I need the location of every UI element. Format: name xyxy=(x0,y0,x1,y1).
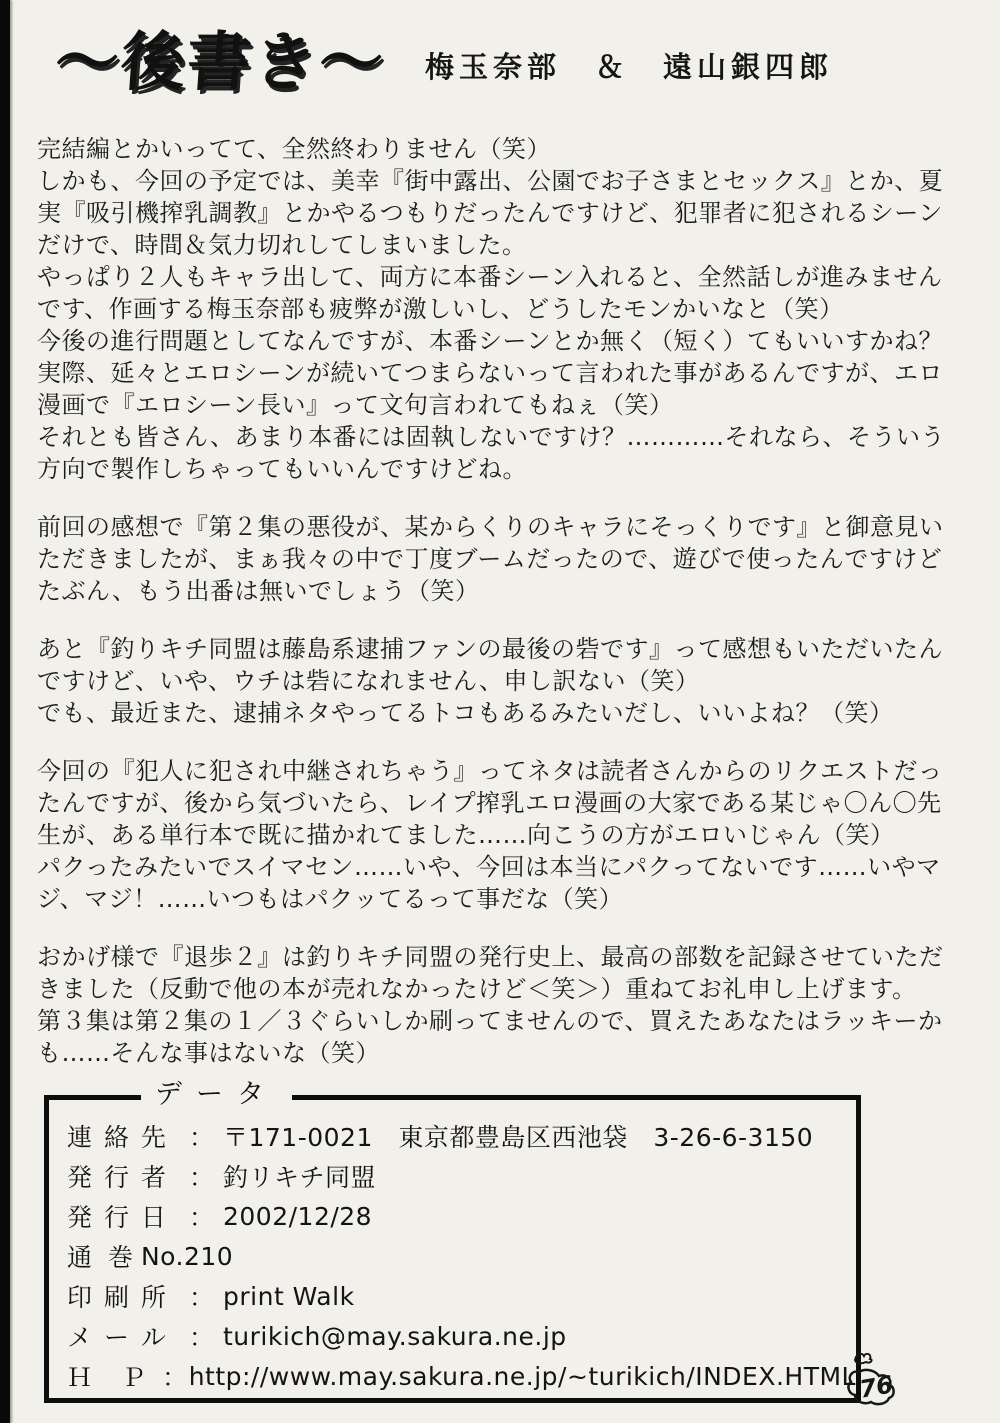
data-row-value: 釣リキチ同盟 xyxy=(223,1158,376,1194)
data-row-volume-number: 通 巻No.210 xyxy=(67,1236,856,1276)
data-row-label: 通 巻 xyxy=(67,1238,137,1274)
data-row-separator: ： xyxy=(189,1278,223,1314)
data-row-label: 印 刷 所 xyxy=(67,1278,189,1314)
afterword-text: 完結編とかいってて、全然終わりません（笑） しかも、今回の予定では、美幸『街中露… xyxy=(37,133,987,1095)
afterword-paragraph: 前回の感想で『第２集の悪役が、某からくりのキャラにそっくりです』と御意見い ただ… xyxy=(37,511,987,607)
data-row-separator: ： xyxy=(189,1158,223,1194)
data-row-separator: ： xyxy=(189,1118,223,1154)
data-row-email: メ ー ル：turikich@may.sakura.ne.jp xyxy=(67,1316,856,1356)
scanned-afterword-page: 〜後書き〜 梅玉奈部 ＆ 遠山銀四郎 完結編とかいってて、全然終わりません（笑）… xyxy=(0,0,1000,1423)
data-row-value: No.210 xyxy=(141,1242,233,1271)
data-row-homepage: Ｈ Ｐ：http://www.may.sakura.ne.jp/~turikic… xyxy=(67,1356,856,1396)
data-row-value: 〒171-0021 東京都豊島区西池袋 3-26-6-3150 xyxy=(223,1118,813,1154)
doodle-icon xyxy=(855,1354,872,1363)
data-row-printer: 印 刷 所：print Walk xyxy=(67,1276,856,1316)
data-row-publish-date: 発 行 日：2002/12/28 xyxy=(67,1196,856,1236)
data-box-label: データ xyxy=(141,1077,292,1113)
scan-edge-strip xyxy=(0,0,10,1423)
header: 〜後書き〜 梅玉奈部 ＆ 遠山銀四郎 xyxy=(55,28,970,98)
publication-data-box: データ 連 絡 先：〒171-0021 東京都豊島区西池袋 3-26-6-315… xyxy=(44,1095,861,1403)
data-row-label: 発 行 日 xyxy=(67,1198,189,1234)
data-row-value: print Walk xyxy=(223,1282,355,1311)
afterword-paragraph: 完結編とかいってて、全然終わりません（笑） しかも、今回の予定では、美幸『街中露… xyxy=(37,133,987,485)
afterword-paragraph: おかげ様で『退歩２』は釣りキチ同盟の発行史上、最高の部数を記録させていただ きま… xyxy=(37,941,987,1069)
data-row-separator: ： xyxy=(189,1318,223,1354)
afterword-paragraph: 今回の『犯人に犯され中継されちゃう』ってネタは読者さんからのリクエストだっ たん… xyxy=(37,755,987,915)
page-number-blob: 76 xyxy=(843,1348,899,1408)
data-row-label: Ｈ Ｐ xyxy=(67,1358,162,1394)
page-title: 〜後書き〜 xyxy=(53,28,388,98)
data-row-value: 2002/12/28 xyxy=(223,1202,372,1231)
data-row-value: http://www.may.sakura.ne.jp/~turikich/IN… xyxy=(189,1362,856,1391)
page-number-badge: 76 xyxy=(843,1348,899,1408)
data-row-label: 連 絡 先 xyxy=(67,1118,189,1154)
data-row-value: turikich@may.sakura.ne.jp xyxy=(223,1322,567,1351)
afterword-paragraph: あと『釣りキチ同盟は藤島系逮捕ファンの最後の砦です』って感想もいただいたん です… xyxy=(37,633,987,729)
page-number: 76 xyxy=(857,1370,895,1403)
data-row-publisher: 発 行 者：釣リキチ同盟 xyxy=(67,1156,856,1196)
author-names: 梅玉奈部 ＆ 遠山銀四郎 xyxy=(425,45,833,98)
data-row-separator: ： xyxy=(189,1198,223,1234)
data-row-separator: ： xyxy=(162,1358,189,1394)
data-row-label: 発 行 者 xyxy=(67,1158,189,1194)
data-row-label: メ ー ル xyxy=(67,1318,189,1354)
data-row-contact: 連 絡 先：〒171-0021 東京都豊島区西池袋 3-26-6-3150 xyxy=(67,1116,856,1156)
